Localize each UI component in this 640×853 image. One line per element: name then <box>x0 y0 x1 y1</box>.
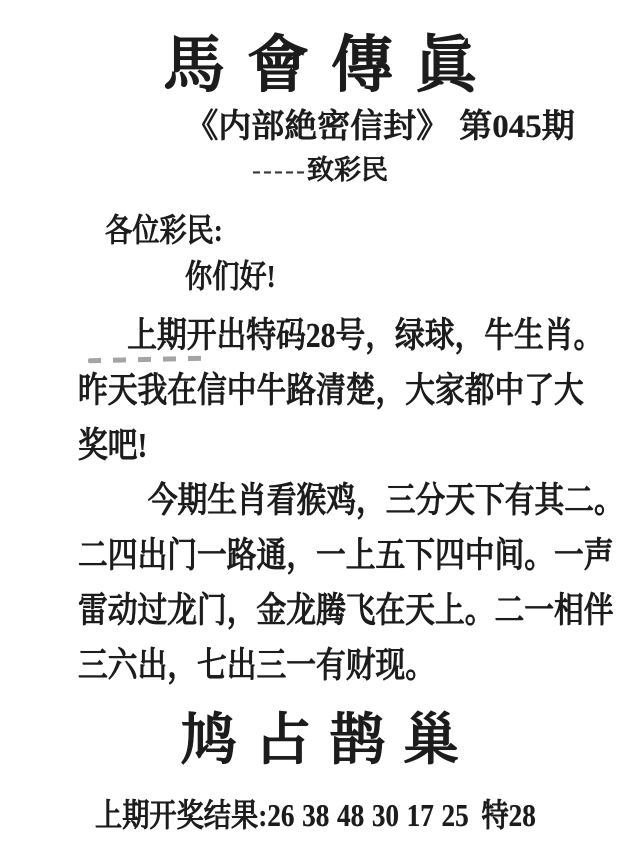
salutation: 各位彩民: <box>105 212 560 248</box>
letter-line: 昨天我在信中牛路清楚，大家都中了大 <box>78 363 522 418</box>
page-title: 馬會傳眞 <box>0 30 640 102</box>
letter-body: 上期开出特码28号，绿球，牛生肖。 昨天我在信中牛路清楚，大家都中了大 奖吧! … <box>78 308 600 693</box>
dedication-dashes: ----- <box>252 155 307 185</box>
fax-document-page: 馬會傳眞 《内部絶密信封》第045期 -----致彩民 各位彩民: 你们好! 上… <box>0 0 640 853</box>
results-label: 上期开奖结果: <box>95 797 267 833</box>
result-number: 17 <box>407 797 434 833</box>
letter-line: 今期生肖看猴鸡，三分天下有其二。 <box>78 473 522 528</box>
letter-line: 上期开出特码28号，绿球，牛生肖。 <box>78 308 522 363</box>
previous-results-line: 上期开奖结果:263848301725特28 <box>95 795 558 835</box>
greeting: 你们好! <box>185 258 572 294</box>
result-number: 26 <box>267 797 294 833</box>
issue-number: 第045期 <box>459 109 575 145</box>
letter-line: 二四出门一路通，一上五下四中间。一声 <box>78 528 522 583</box>
dedication-line: -----致彩民 <box>0 154 640 186</box>
dedication-text: 致彩民 <box>307 155 388 185</box>
issue-line: 《内部絶密信封》第045期 <box>0 108 640 146</box>
letter-line: 奖吧! <box>78 418 522 473</box>
special-number: 特28 <box>481 797 535 833</box>
letter-line: 三六出，七出三一有财现。 <box>78 638 522 693</box>
letter-line: 雷动过龙门，金龙腾飞在天上。二一相伴 <box>78 583 522 638</box>
idiom-headline: 鸠占鹊巢 <box>0 709 640 773</box>
envelope-label: 《内部絶密信封》 <box>185 109 449 145</box>
result-number: 38 <box>302 797 329 833</box>
result-number: 25 <box>442 797 469 833</box>
result-number: 30 <box>372 797 399 833</box>
result-number: 48 <box>337 797 364 833</box>
